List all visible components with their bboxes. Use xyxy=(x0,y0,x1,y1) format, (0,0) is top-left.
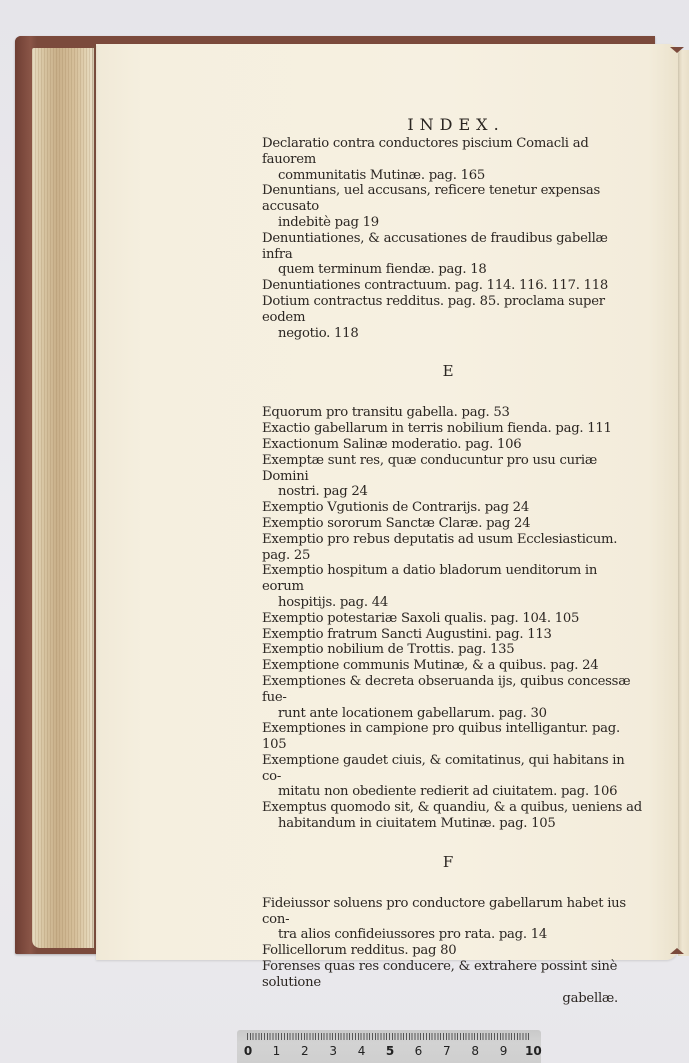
ruler-label: 5 xyxy=(383,1044,397,1058)
index-entry: Exemptiones in campione pro quibus intel… xyxy=(262,721,642,753)
entry-text: Follicellorum redditus. pag 80 xyxy=(262,943,456,958)
cover-corner-top xyxy=(670,47,684,53)
page-title: INDEX. xyxy=(262,116,642,134)
entry-text: Exemptæ sunt res, quæ conducuntur pro us… xyxy=(262,453,597,484)
entry-text: Exemptiones & decreta obseruanda ijs, qu… xyxy=(262,674,630,705)
ruler-label: 10 xyxy=(525,1044,539,1058)
index-entry: Forenses quas res conducere, & extrahere… xyxy=(262,959,642,1006)
gutter-shadow xyxy=(92,46,98,950)
entry-continuation: gabellæ. xyxy=(262,991,642,1007)
index-entry: Exemptio potestariæ Saxoli qualis. pag. … xyxy=(262,611,642,627)
index-text: INDEX. Declaratio contra conductores pis… xyxy=(262,116,642,1006)
entry-text: Fideiussor soluens pro conductore gabell… xyxy=(262,896,626,927)
ruler-label: 1 xyxy=(269,1044,283,1058)
index-entry: Dotium contractus redditus. pag. 85. pro… xyxy=(262,294,642,341)
index-entry: Exemptione communis Mutinæ, & a quibus. … xyxy=(262,658,642,674)
entry-text: Denuntiationes contractuum. pag. 114. 11… xyxy=(262,278,608,293)
entry-text: Forenses quas res conducere, & extrahere… xyxy=(262,959,617,990)
index-entry: Denuntiationes contractuum. pag. 114. 11… xyxy=(262,278,642,294)
entry-continuation: nostri. pag 24 xyxy=(262,484,642,500)
ruler-label: 3 xyxy=(326,1044,340,1058)
entry-text: Exemptio pro rebus deputatis ad usum Ecc… xyxy=(262,532,617,563)
index-entry: Denuntiationes, & accusationes de fraudi… xyxy=(262,231,642,278)
index-entry: Denuntians, uel accusans, reficere tenet… xyxy=(262,183,642,230)
entry-text: Denuntians, uel accusans, reficere tenet… xyxy=(262,183,600,214)
entry-text: Equorum pro transitu gabella. pag. 53 xyxy=(262,405,510,420)
entry-text: Dotium contractus redditus. pag. 85. pro… xyxy=(262,294,605,325)
entry-continuation: hospitijs. pag. 44 xyxy=(262,595,642,611)
page-block-edges xyxy=(32,48,94,948)
index-entry: Exemptio fratrum Sancti Augustini. pag. … xyxy=(262,627,642,643)
entry-text: Denuntiationes, & accusationes de fraudi… xyxy=(262,231,608,262)
index-entry: Fideiussor soluens pro conductore gabell… xyxy=(262,896,642,943)
index-entry: Exemptio pro rebus deputatis ad usum Ecc… xyxy=(262,532,642,564)
entry-continuation: negotio. 118 xyxy=(262,326,642,342)
index-entry: Exemptio sororum Sanctæ Claræ. pag 24 xyxy=(262,516,642,532)
entry-text: Exemptiones in campione pro quibus intel… xyxy=(262,721,620,752)
index-entry: Exemptio hospitum a datio bladorum uendi… xyxy=(262,563,642,610)
ruler-label: 6 xyxy=(411,1044,425,1058)
index-section-d: Declaratio contra conductores piscium Co… xyxy=(262,136,642,341)
entry-continuation: communitatis Mutinæ. pag. 165 xyxy=(262,168,642,184)
index-section-f: Fideiussor soluens pro conductore gabell… xyxy=(262,896,642,1007)
entry-continuation: habitandum in ciuitatem Mutinæ. pag. 105 xyxy=(262,816,642,832)
ruler-label: 2 xyxy=(298,1044,312,1058)
ruler-label: 8 xyxy=(468,1044,482,1058)
index-entry: Exactionum Salinæ moderatio. pag. 106 xyxy=(262,437,642,453)
entry-text: Exactionum Salinæ moderatio. pag. 106 xyxy=(262,437,521,452)
cover-corner-bottom xyxy=(670,948,684,954)
entry-text: Declaratio contra conductores piscium Co… xyxy=(262,136,589,167)
entry-continuation: runt ante locationem gabellarum. pag. 30 xyxy=(262,706,642,722)
entry-text: Exemptio sororum Sanctæ Claræ. pag 24 xyxy=(262,516,530,531)
entry-text: Exemptio hospitum a datio bladorum uendi… xyxy=(262,563,597,594)
index-entry: Declaratio contra conductores piscium Co… xyxy=(262,136,642,183)
entry-continuation: quem terminum fiendæ. pag. 18 xyxy=(262,262,642,278)
index-entry: Exactio gabellarum in terris nobilium fi… xyxy=(262,421,642,437)
entry-text: Exemptione gaudet ciuis, & comitatinus, … xyxy=(262,753,625,784)
entry-text: Exemptione communis Mutinæ, & a quibus. … xyxy=(262,658,598,673)
entry-text: Exemptio fratrum Sancti Augustini. pag. … xyxy=(262,627,552,642)
index-entry: Follicellorum redditus. pag 80 xyxy=(262,943,642,959)
next-page-edge xyxy=(678,50,689,956)
entry-text: Exactio gabellarum in terris nobilium fi… xyxy=(262,421,612,436)
entry-continuation: tra alios confideiussores pro rata. pag.… xyxy=(262,927,642,943)
entry-text: Exemptio nobilium de Trottis. pag. 135 xyxy=(262,642,514,657)
ruler-label: 4 xyxy=(355,1044,369,1058)
scan-scene: INDEX. Declaratio contra conductores pis… xyxy=(0,0,689,1063)
section-heading-f: F xyxy=(262,854,642,870)
ruler-labels: 0 1 2 3 4 5 6 7 8 9 10 xyxy=(241,1044,541,1062)
index-entry: Exemptio Vgutionis de Contrarijs. pag 24 xyxy=(262,500,642,516)
index-entry: Exemptæ sunt res, quæ conducuntur pro us… xyxy=(262,453,642,500)
index-entry: Exemptione gaudet ciuis, & comitatinus, … xyxy=(262,753,642,800)
index-section-e: Equorum pro transitu gabella. pag. 53 Ex… xyxy=(262,405,642,832)
entry-continuation: mitatu non obediente redierit ad ciuitat… xyxy=(262,784,642,800)
index-entry: Exemptus quomodo sit, & quandiu, & a qui… xyxy=(262,800,642,832)
ruler-label: 7 xyxy=(440,1044,454,1058)
index-entry: Exemptiones & decreta obseruanda ijs, qu… xyxy=(262,674,642,721)
entry-text: Exemptus quomodo sit, & quandiu, & a qui… xyxy=(262,800,642,815)
section-heading-e: E xyxy=(262,363,642,379)
entry-text: Exemptio potestariæ Saxoli qualis. pag. … xyxy=(262,611,579,626)
scale-ruler: 0 1 2 3 4 5 6 7 8 9 10 xyxy=(237,1030,541,1063)
entry-text: Exemptio Vgutionis de Contrarijs. pag 24 xyxy=(262,500,529,515)
index-entry: Exemptio nobilium de Trottis. pag. 135 xyxy=(262,642,642,658)
ruler-label: 9 xyxy=(497,1044,511,1058)
entry-continuation: indebitè pag 19 xyxy=(262,215,642,231)
index-entry: Equorum pro transitu gabella. pag. 53 xyxy=(262,405,642,421)
ruler-label: 0 xyxy=(241,1044,255,1058)
